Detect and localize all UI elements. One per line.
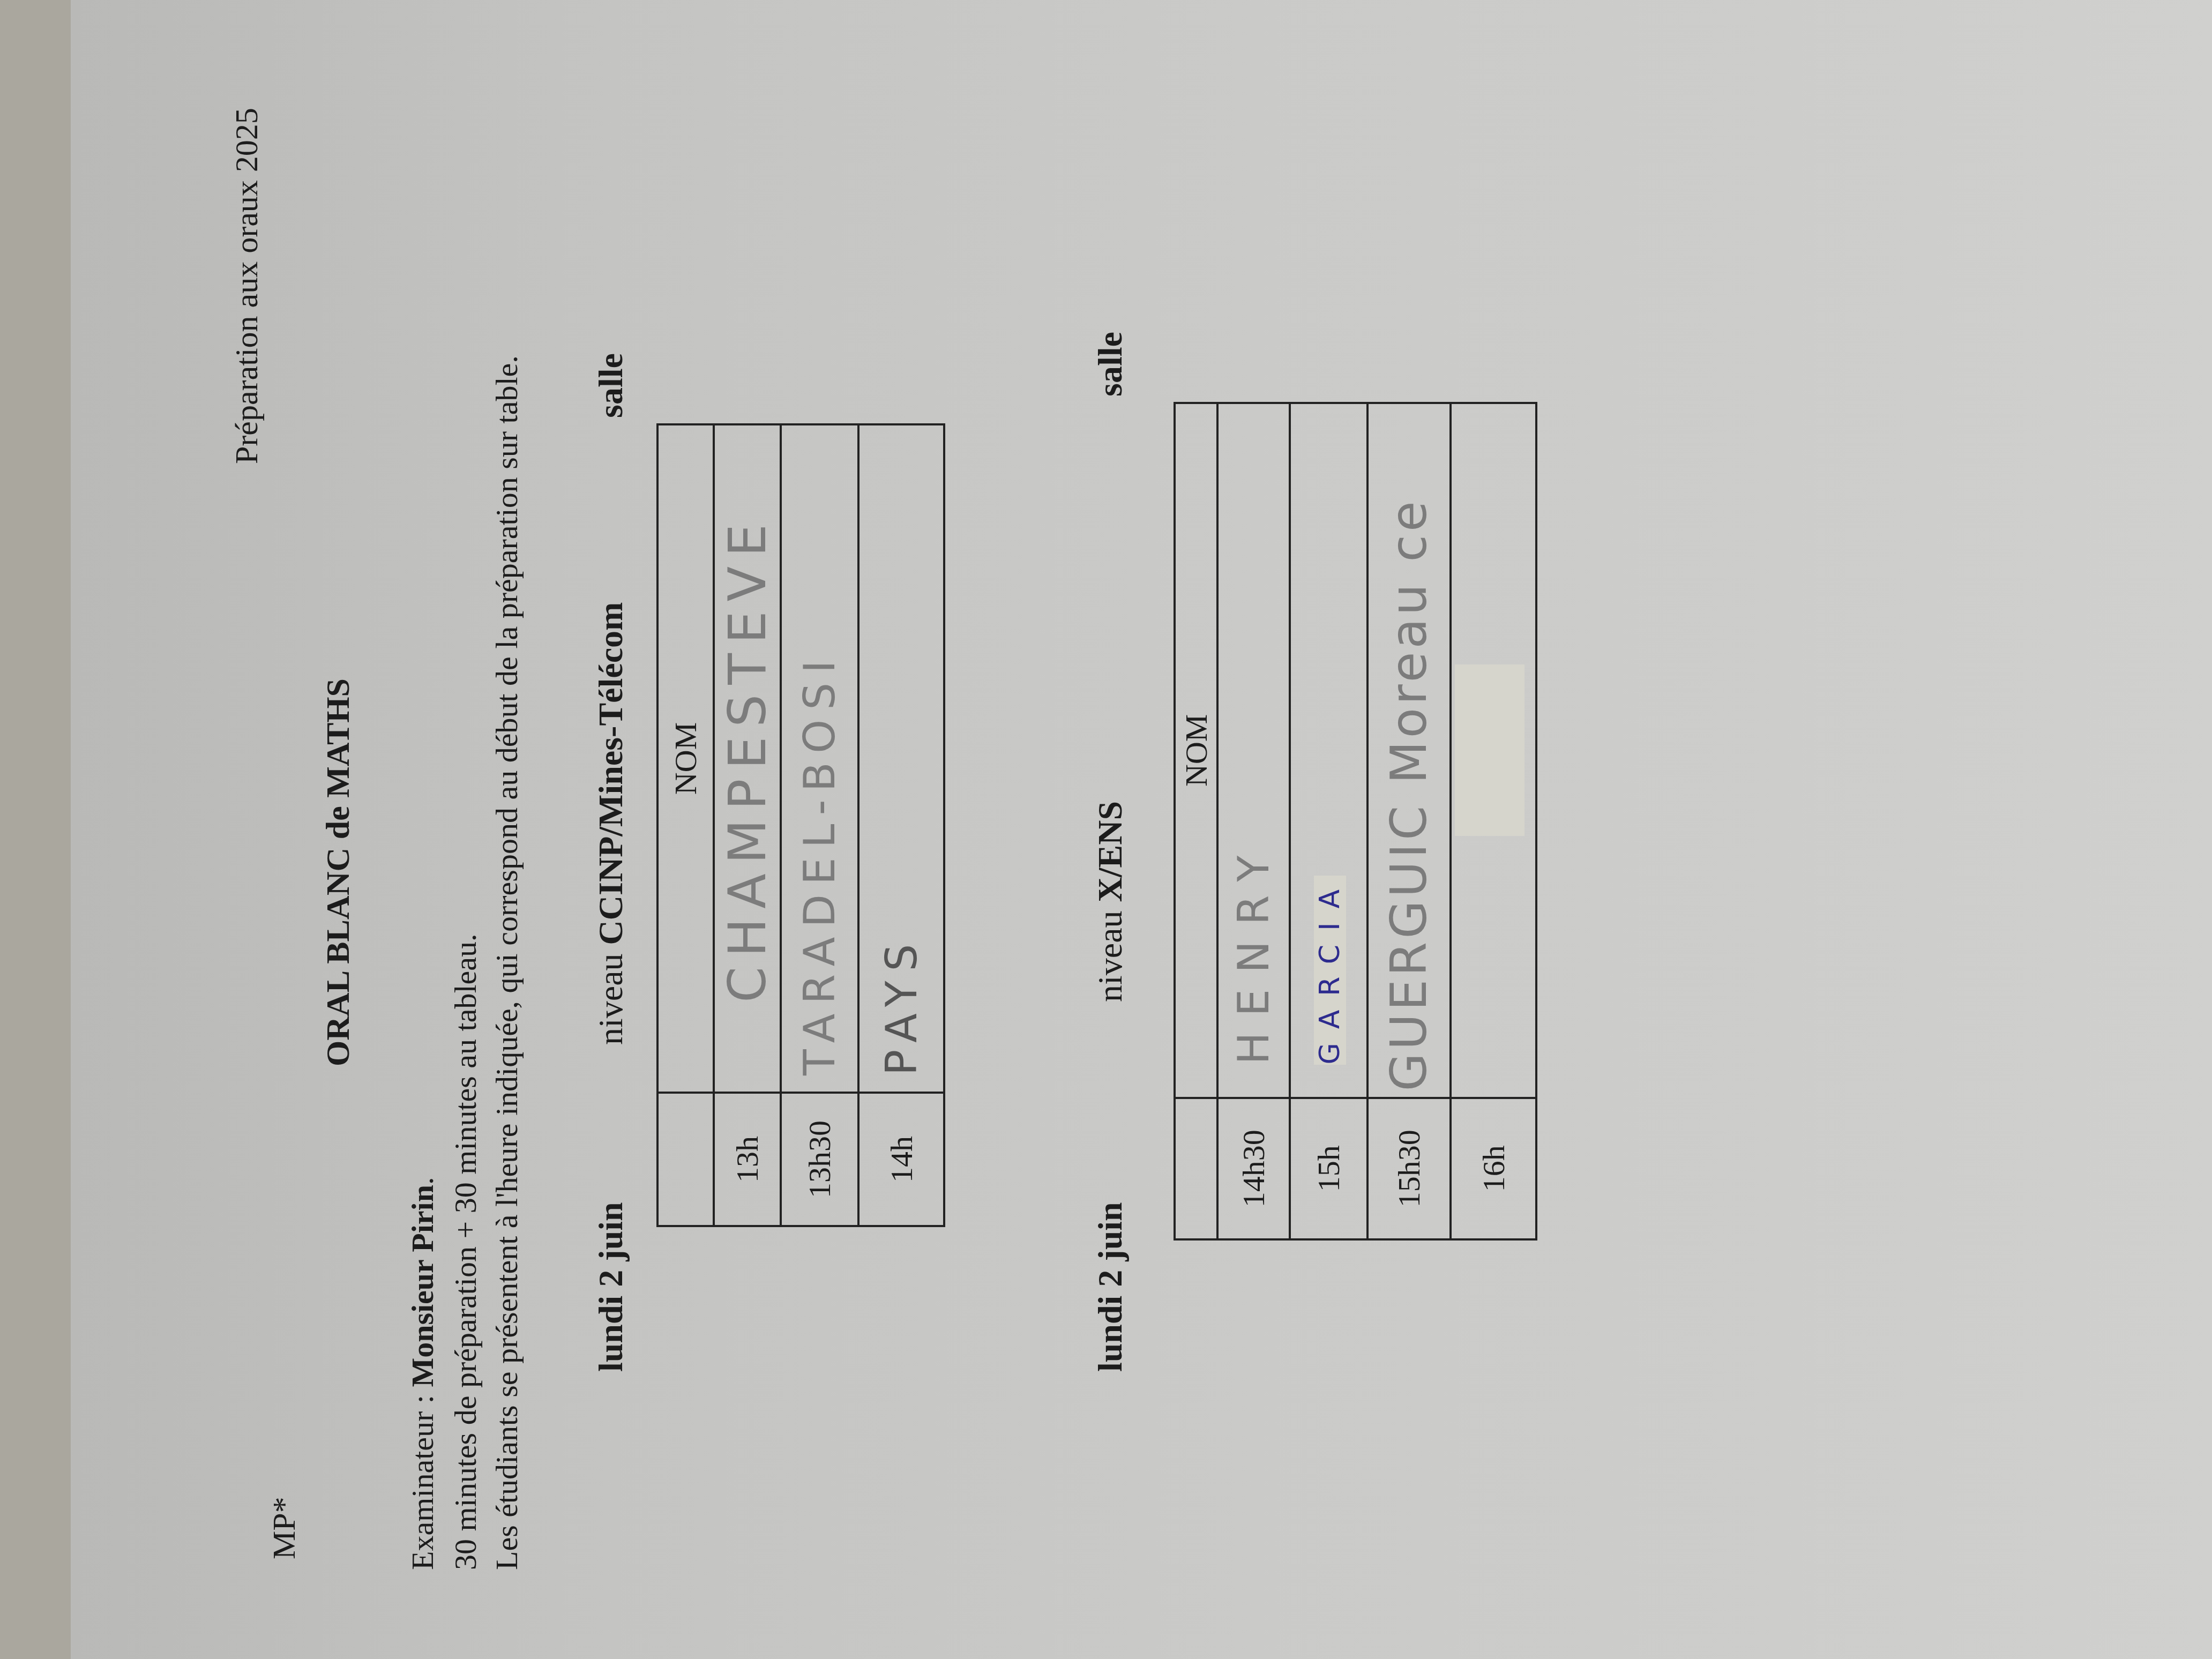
- table-row: 16h: [1451, 403, 1536, 1239]
- session-2-table: NOM 14h30 HENRY 15h GARCIA 15h30 GUERGUI…: [1174, 402, 1537, 1240]
- table-header-row: NOM: [1175, 403, 1217, 1239]
- examiner-name: Monsieur Pirin: [405, 1185, 440, 1387]
- name-header-cell: NOM: [657, 424, 714, 1093]
- session-2-room: salle: [1093, 332, 1127, 397]
- table-row: 13h30 TARADEL-BOSI: [781, 424, 858, 1226]
- name-cell: TARADEL-BOSI: [781, 424, 858, 1093]
- correction-fluid-mark: [1455, 664, 1525, 836]
- page-title: ORAL BLANC de MATHS: [322, 678, 355, 1066]
- session-1-level-prefix: niveau: [592, 945, 630, 1045]
- session-2-level-value: X/ENS: [1091, 801, 1129, 902]
- handwritten-name: TARADEL-BOSI: [795, 651, 845, 1075]
- table-header-row: NOM: [657, 424, 714, 1226]
- name-cell: CHAMPESTEVE: [714, 424, 781, 1093]
- session-1-level-value: CCINP/Mines-Télécom: [592, 602, 630, 945]
- time-cell: 13h30: [781, 1093, 858, 1226]
- class-label: MP*: [268, 1497, 300, 1559]
- preparation-line: 30 minutes de préparation + 30 minutes a…: [450, 933, 481, 1570]
- handwritten-name: GARCIA: [1314, 876, 1346, 1065]
- session-1-room: salle: [594, 353, 628, 418]
- handwritten-name: CHAMPESTEVE: [718, 514, 778, 1003]
- name-cell: GARCIA: [1290, 403, 1367, 1098]
- time-header-cell: [657, 1093, 714, 1226]
- session-2-date: lundi 2 juin: [1093, 1202, 1127, 1372]
- table-row: 14h PAYS: [858, 424, 944, 1226]
- name-cell: [1451, 403, 1536, 1098]
- session-1-date: lundi 2 juin: [594, 1202, 628, 1372]
- table-row: 15h30 GUERGUIC Moreau ce: [1367, 403, 1451, 1239]
- handwritten-name: PAYS: [877, 935, 926, 1075]
- session-2-level-prefix: niveau: [1091, 902, 1129, 1002]
- time-cell: 15h30: [1367, 1098, 1451, 1239]
- table-row: 14h30 HENRY: [1217, 403, 1290, 1239]
- handwritten-name: HENRY: [1229, 840, 1279, 1065]
- time-cell: 14h: [858, 1093, 944, 1226]
- name-cell: GUERGUIC Moreau ce: [1367, 403, 1451, 1098]
- name-cell: HENRY: [1217, 403, 1290, 1098]
- table-row: 13h CHAMPESTEVE: [714, 424, 781, 1226]
- students-line: Les étudiants se présentent à l'heure in…: [491, 355, 522, 1570]
- table-row: 15h GARCIA: [1290, 403, 1367, 1239]
- header-right: Préparation aux oraux 2025: [230, 108, 263, 464]
- examiner-line: Examinateur : Monsieur Pirin.: [407, 1177, 438, 1570]
- session-1-level: niveau CCINP/Mines-Télécom: [594, 602, 628, 1045]
- time-header-cell: [1175, 1098, 1217, 1239]
- rotated-page: Préparation aux oraux 2025 MP* ORAL BLAN…: [0, 0, 2212, 1659]
- examiner-label: Examinateur :: [405, 1387, 440, 1570]
- time-cell: 15h: [1290, 1098, 1367, 1239]
- time-cell: 13h: [714, 1093, 781, 1226]
- time-cell: 14h30: [1217, 1098, 1290, 1239]
- examiner-end: .: [405, 1177, 440, 1185]
- time-cell: 16h: [1451, 1098, 1536, 1239]
- session-2-level: niveau X/ENS: [1093, 801, 1127, 1002]
- handwritten-name: GUERGUIC Moreau ce: [1380, 498, 1438, 1091]
- name-header-cell: NOM: [1175, 403, 1217, 1098]
- session-1-table: NOM 13h CHAMPESTEVE 13h30 TARADEL-BOSI 1…: [656, 423, 945, 1227]
- name-cell: PAYS: [858, 424, 944, 1093]
